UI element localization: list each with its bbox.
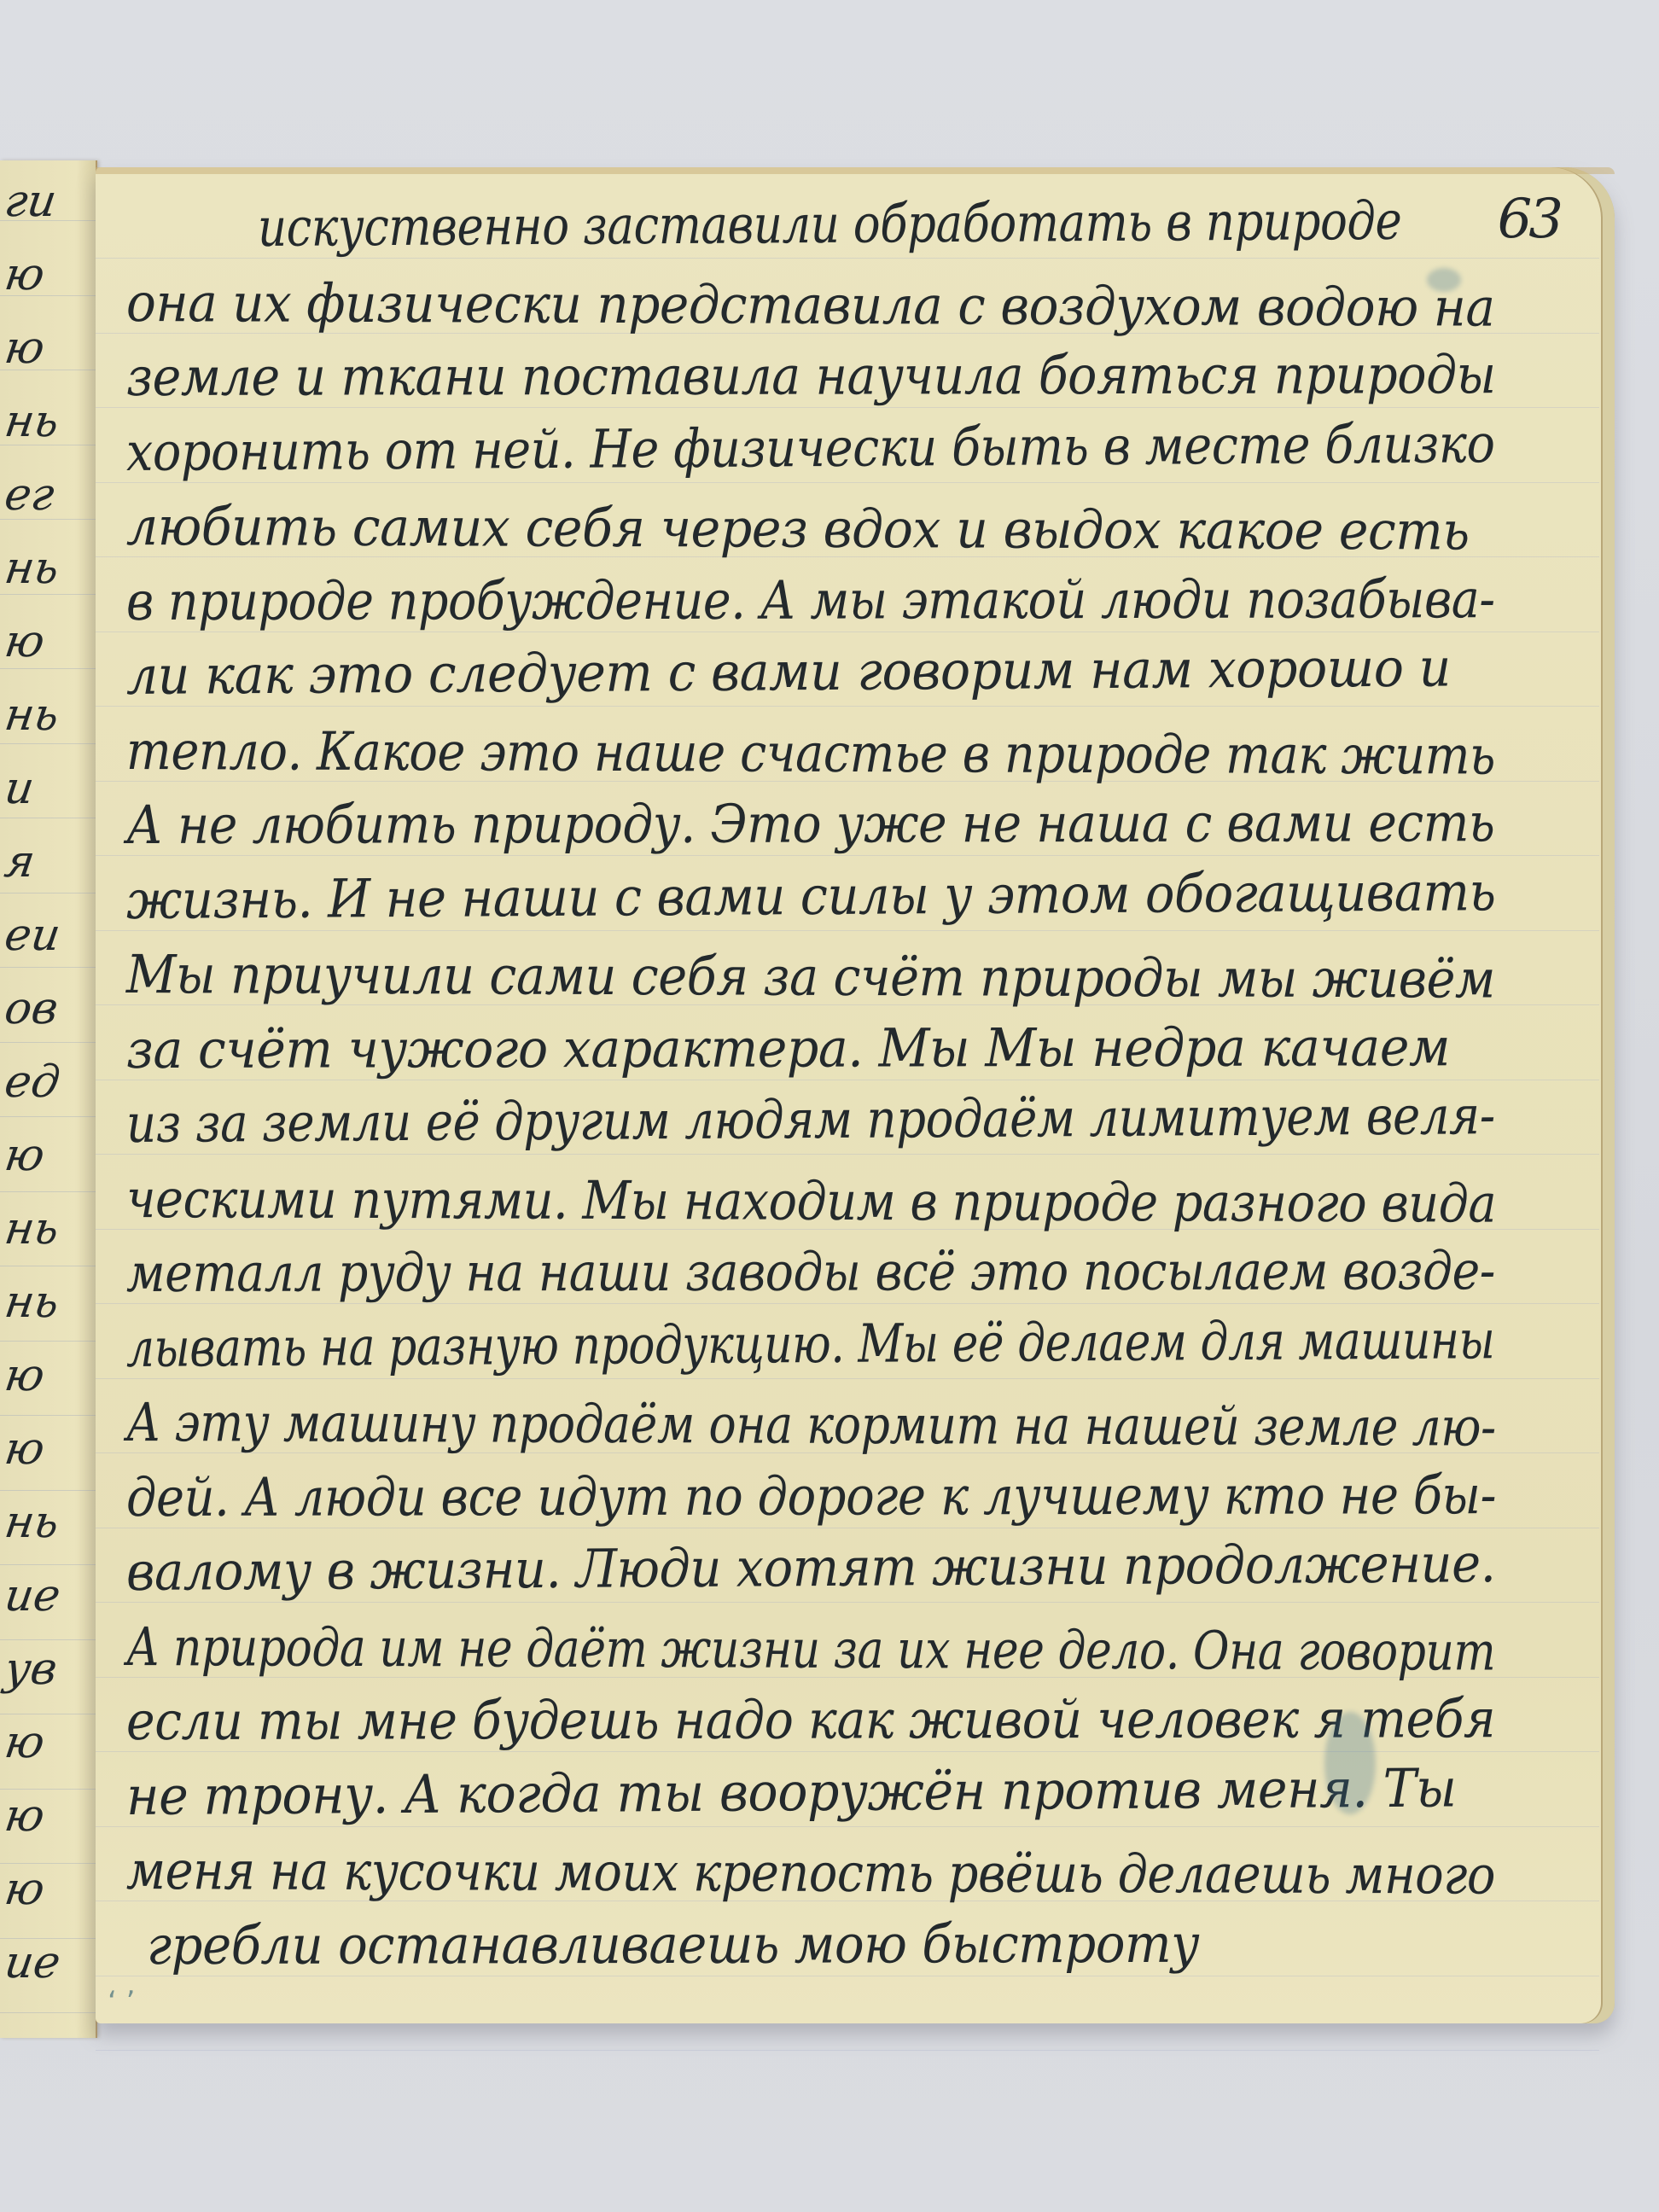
previous-page-text-fragment: нь bbox=[2, 1500, 61, 1545]
ruled-line bbox=[0, 818, 96, 818]
previous-page-text-fragment: ю bbox=[2, 253, 47, 297]
previous-page-text-fragment: я bbox=[2, 840, 38, 884]
previous-page-text-fragment: ю bbox=[2, 326, 47, 370]
handwritten-line: искуственно заставили обработать в приро… bbox=[258, 194, 1495, 254]
previous-page-text-fragment: ю bbox=[2, 620, 47, 664]
previous-page-text-fragment: нь bbox=[2, 1280, 61, 1324]
ink-smudge bbox=[1324, 1712, 1376, 1814]
previous-page-text-fragment: ги bbox=[2, 179, 59, 224]
previous-page-text-fragment: еи bbox=[2, 913, 63, 958]
ruled-line bbox=[0, 1341, 96, 1342]
handwritten-line: если ты мне будешь надо как живой челове… bbox=[126, 1692, 1455, 1748]
ruled-line bbox=[0, 1415, 96, 1416]
previous-page-text-fragment: ед bbox=[2, 1060, 62, 1104]
ruled-line bbox=[96, 482, 1599, 483]
ruled-line bbox=[0, 967, 96, 968]
handwritten-line: гребли останавливаешь мою быстроту bbox=[147, 1917, 1494, 1972]
ruled-line bbox=[0, 668, 96, 669]
ink-smudge bbox=[1427, 268, 1461, 292]
ruled-line bbox=[0, 893, 96, 894]
previous-page-edge: гиююньегньюньияеиоведюньньююньиеувюююие bbox=[0, 160, 97, 2038]
handwritten-line: Мы приучили сами себя за счёт природы мы… bbox=[126, 948, 1465, 1005]
handwritten-line: меня на кусочки моих крепость рвёшь дела… bbox=[126, 1844, 1428, 1901]
handwritten-line: ческими путями. Мы находим в природе раз… bbox=[126, 1173, 1426, 1230]
ruled-line bbox=[0, 1042, 96, 1043]
ruled-line bbox=[0, 1266, 96, 1266]
previous-page-text-fragment: нь bbox=[2, 693, 61, 737]
previous-page-text-fragment: нь bbox=[2, 546, 61, 591]
ruled-line bbox=[0, 1564, 96, 1565]
previous-page-text-fragment: ие bbox=[2, 1941, 63, 1985]
ruled-line bbox=[96, 706, 1599, 707]
previous-page-text-fragment: ег bbox=[2, 473, 56, 517]
ruled-line bbox=[96, 1602, 1599, 1603]
handwritten-line: она их физически представила с воздухом … bbox=[126, 276, 1483, 335]
notebook-page: 63 искуственно заставили обработать в пр… bbox=[96, 167, 1615, 2023]
handwritten-line: А эту машину продаём она кормит на нашей… bbox=[126, 1396, 1380, 1453]
handwritten-line: хоронить от ней. Не физически быть в мес… bbox=[126, 417, 1427, 478]
ruled-line bbox=[0, 1116, 96, 1117]
ruled-line bbox=[96, 1154, 1599, 1155]
handwritten-line: из за земли её другим людям продаём лими… bbox=[126, 1090, 1402, 1150]
previous-page-text-fragment: ие bbox=[2, 1574, 63, 1618]
ruled-line bbox=[0, 2012, 96, 2013]
previous-page-text-fragment: и bbox=[2, 766, 37, 811]
previous-page-text-fragment: ув bbox=[2, 1647, 60, 1691]
ruled-line bbox=[96, 1826, 1599, 1827]
previous-page-text-fragment: ю bbox=[2, 1427, 47, 1471]
previous-page-text-fragment: ю bbox=[2, 1720, 47, 1765]
ruled-line bbox=[96, 930, 1599, 931]
handwritten-line: дей. А люди все идут по дороге к лучшему… bbox=[126, 1469, 1434, 1524]
previous-page-text-fragment: ов bbox=[2, 987, 61, 1031]
handwritten-line: в природе пробуждение. А мы этакой люди … bbox=[126, 573, 1423, 628]
previous-page-text-fragment: ю bbox=[2, 1133, 47, 1178]
ruled-line bbox=[96, 2050, 1599, 2051]
handwritten-line: за счёт чужого характера. Мы Мы недра ка… bbox=[126, 1021, 1496, 1076]
previous-page-text-fragment: нь bbox=[2, 399, 61, 444]
handwritten-line: металл руду на наши заводы всё это посыл… bbox=[126, 1244, 1416, 1300]
ruled-line bbox=[0, 1490, 96, 1491]
handwritten-line: любить самих себя через вдох и выдох как… bbox=[126, 500, 1496, 558]
previous-page-text-fragment: ю bbox=[2, 1794, 47, 1838]
ruled-line bbox=[0, 1714, 96, 1714]
ruled-line bbox=[0, 1191, 96, 1192]
ink-mark: ʻ ʼ bbox=[108, 1985, 135, 2019]
previous-page-text-fragment: ю bbox=[2, 1867, 47, 1912]
handwritten-line: валому в жизни. Люди хотят жизни продолж… bbox=[126, 1537, 1470, 1598]
handwritten-line: жизнь. И не наши с вами силы у этом обог… bbox=[126, 865, 1471, 927]
handwritten-line: А природа им не даёт жизни за их нее дел… bbox=[126, 1621, 1341, 1678]
handwritten-line: тепло. Какое это наше счастье в природе … bbox=[126, 725, 1431, 782]
previous-page-text-fragment: нь bbox=[2, 1207, 61, 1251]
handwritten-line: ли как это следует с вами говорим нам хо… bbox=[126, 641, 1496, 702]
previous-page-text-fragment: ю bbox=[2, 1353, 47, 1398]
ruled-line bbox=[0, 1789, 96, 1790]
ruled-line bbox=[96, 1378, 1599, 1379]
handwritten-line: А не любить природу. Это уже не наша с в… bbox=[126, 796, 1452, 852]
ruled-line bbox=[0, 1639, 96, 1640]
handwritten-line: земле и ткани поставила научила бояться … bbox=[126, 348, 1459, 404]
handwritten-line: лывать на разную продукцию. Мы её делаем… bbox=[126, 1314, 1338, 1375]
handwritten-line: не трону. А когда ты вооружён против мен… bbox=[126, 1761, 1496, 1823]
page-number: 63 bbox=[1498, 188, 1560, 251]
ruled-line bbox=[0, 743, 96, 744]
